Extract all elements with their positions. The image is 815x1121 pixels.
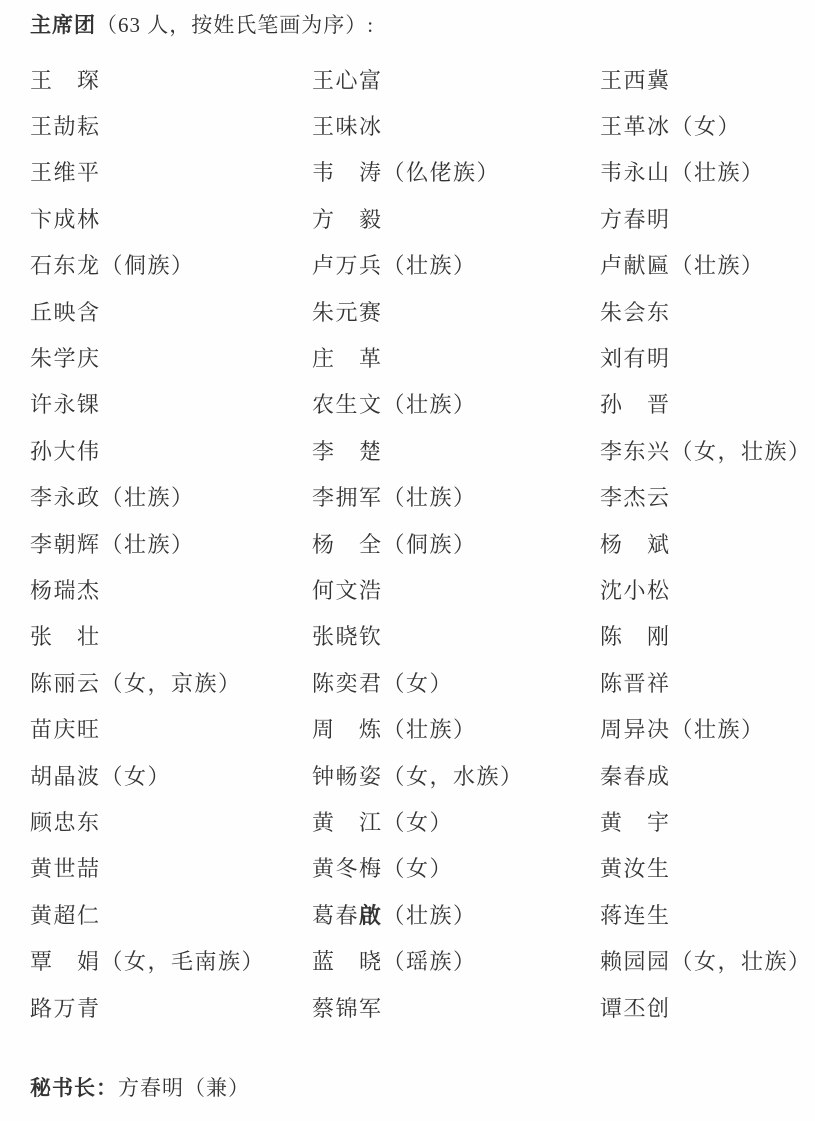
member-name: 庄 革 [312,334,600,380]
member-name: 朱会东 [600,288,812,334]
member-name: 陈晋祥 [600,659,812,705]
member-name: 韦 涛（仫佬族） [312,149,600,195]
member-name: 杨瑞杰 [30,566,312,612]
members-grid: 王 琛王心富王西冀王劼耘王味冰王革冰（女）王维平韦 涛（仫佬族）韦永山（壮族）卞… [30,56,797,1030]
secretary-general-line: 秘书长：方春明（兼） [30,1072,797,1102]
page-title: 主席团（63 人，按姓氏笔画为序）: [30,10,797,40]
member-name: 蓝 晓（瑶族） [312,937,600,983]
bold-char: 啟 [359,899,383,930]
member-name: 刘有明 [600,334,812,380]
member-name: 胡晶波（女） [30,752,312,798]
member-name: 周异决（壮族） [600,705,812,751]
member-name: 黄冬梅（女） [312,845,600,891]
presidium-title-label: 主席团 [30,13,96,37]
member-name: 方 毅 [312,195,600,241]
member-name: 卢献匾（壮族） [600,242,812,288]
member-name: 何文浩 [312,566,600,612]
member-name: 农生文（壮族） [312,381,600,427]
member-name: 陈丽云（女，京族） [30,659,312,705]
member-name: 黄汝生 [600,845,812,891]
member-name: 石东龙（侗族） [30,242,312,288]
member-name: 张 壮 [30,613,312,659]
member-name: 李拥军（壮族） [312,474,600,520]
member-name: 黄世喆 [30,845,312,891]
member-name: 孙大伟 [30,427,312,473]
member-name: 李东兴（女，壮族） [600,427,812,473]
member-name: 方春明 [600,195,812,241]
member-name: 周 炼（壮族） [312,705,600,751]
member-name: 朱学庆 [30,334,312,380]
document-page: 主席团（63 人，按姓氏笔画为序）: 王 琛王心富王西冀王劼耘王味冰王革冰（女）… [0,0,815,1121]
member-name: 黄超仁 [30,891,312,937]
secretary-general-value: 方春明（兼） [118,1076,250,1100]
member-name: 王革冰（女） [600,102,812,148]
member-name: 王劼耘 [30,102,312,148]
member-name: 蔡锦军 [312,984,600,1030]
member-name: 卢万兵（壮族） [312,242,600,288]
member-name: 钟畅姿（女，水族） [312,752,600,798]
member-name: 黄 江（女） [312,798,600,844]
member-name: 李 楚 [312,427,600,473]
member-name: 陈奕君（女） [312,659,600,705]
member-name: 王维平 [30,149,312,195]
member-name: 赖园园（女，壮族） [600,937,812,983]
member-name: 张晓钦 [312,613,600,659]
member-name: 顾忠东 [30,798,312,844]
member-name: 王心富 [312,56,600,102]
member-name: 韦永山（壮族） [600,149,812,195]
member-name: 丘映含 [30,288,312,334]
member-name: 黄 宇 [600,798,812,844]
member-name: 李杰云 [600,474,812,520]
member-name: 杨 全（侗族） [312,520,600,566]
member-name: 秦春成 [600,752,812,798]
member-name: 孙 晋 [600,381,812,427]
member-name: 卞成林 [30,195,312,241]
member-name: 李朝辉（壮族） [30,520,312,566]
member-name: 覃 娟（女，毛南族） [30,937,312,983]
member-name: 沈小松 [600,566,812,612]
member-name: 蒋连生 [600,891,812,937]
member-name: 李永政（壮族） [30,474,312,520]
member-name: 王西冀 [600,56,812,102]
member-name: 陈 刚 [600,613,812,659]
member-name: 葛春啟（壮族） [312,891,600,937]
member-name: 苗庆旺 [30,705,312,751]
member-name: 王 琛 [30,56,312,102]
member-name: 许永锞 [30,381,312,427]
member-name: 杨 斌 [600,520,812,566]
secretary-general-label: 秘书长： [30,1076,118,1100]
member-name: 王味冰 [312,102,600,148]
presidium-title-note: （63 人，按姓氏笔画为序）: [96,13,374,37]
member-name: 路万青 [30,984,312,1030]
member-name: 谭丕创 [600,984,812,1030]
member-name: 朱元赛 [312,288,600,334]
